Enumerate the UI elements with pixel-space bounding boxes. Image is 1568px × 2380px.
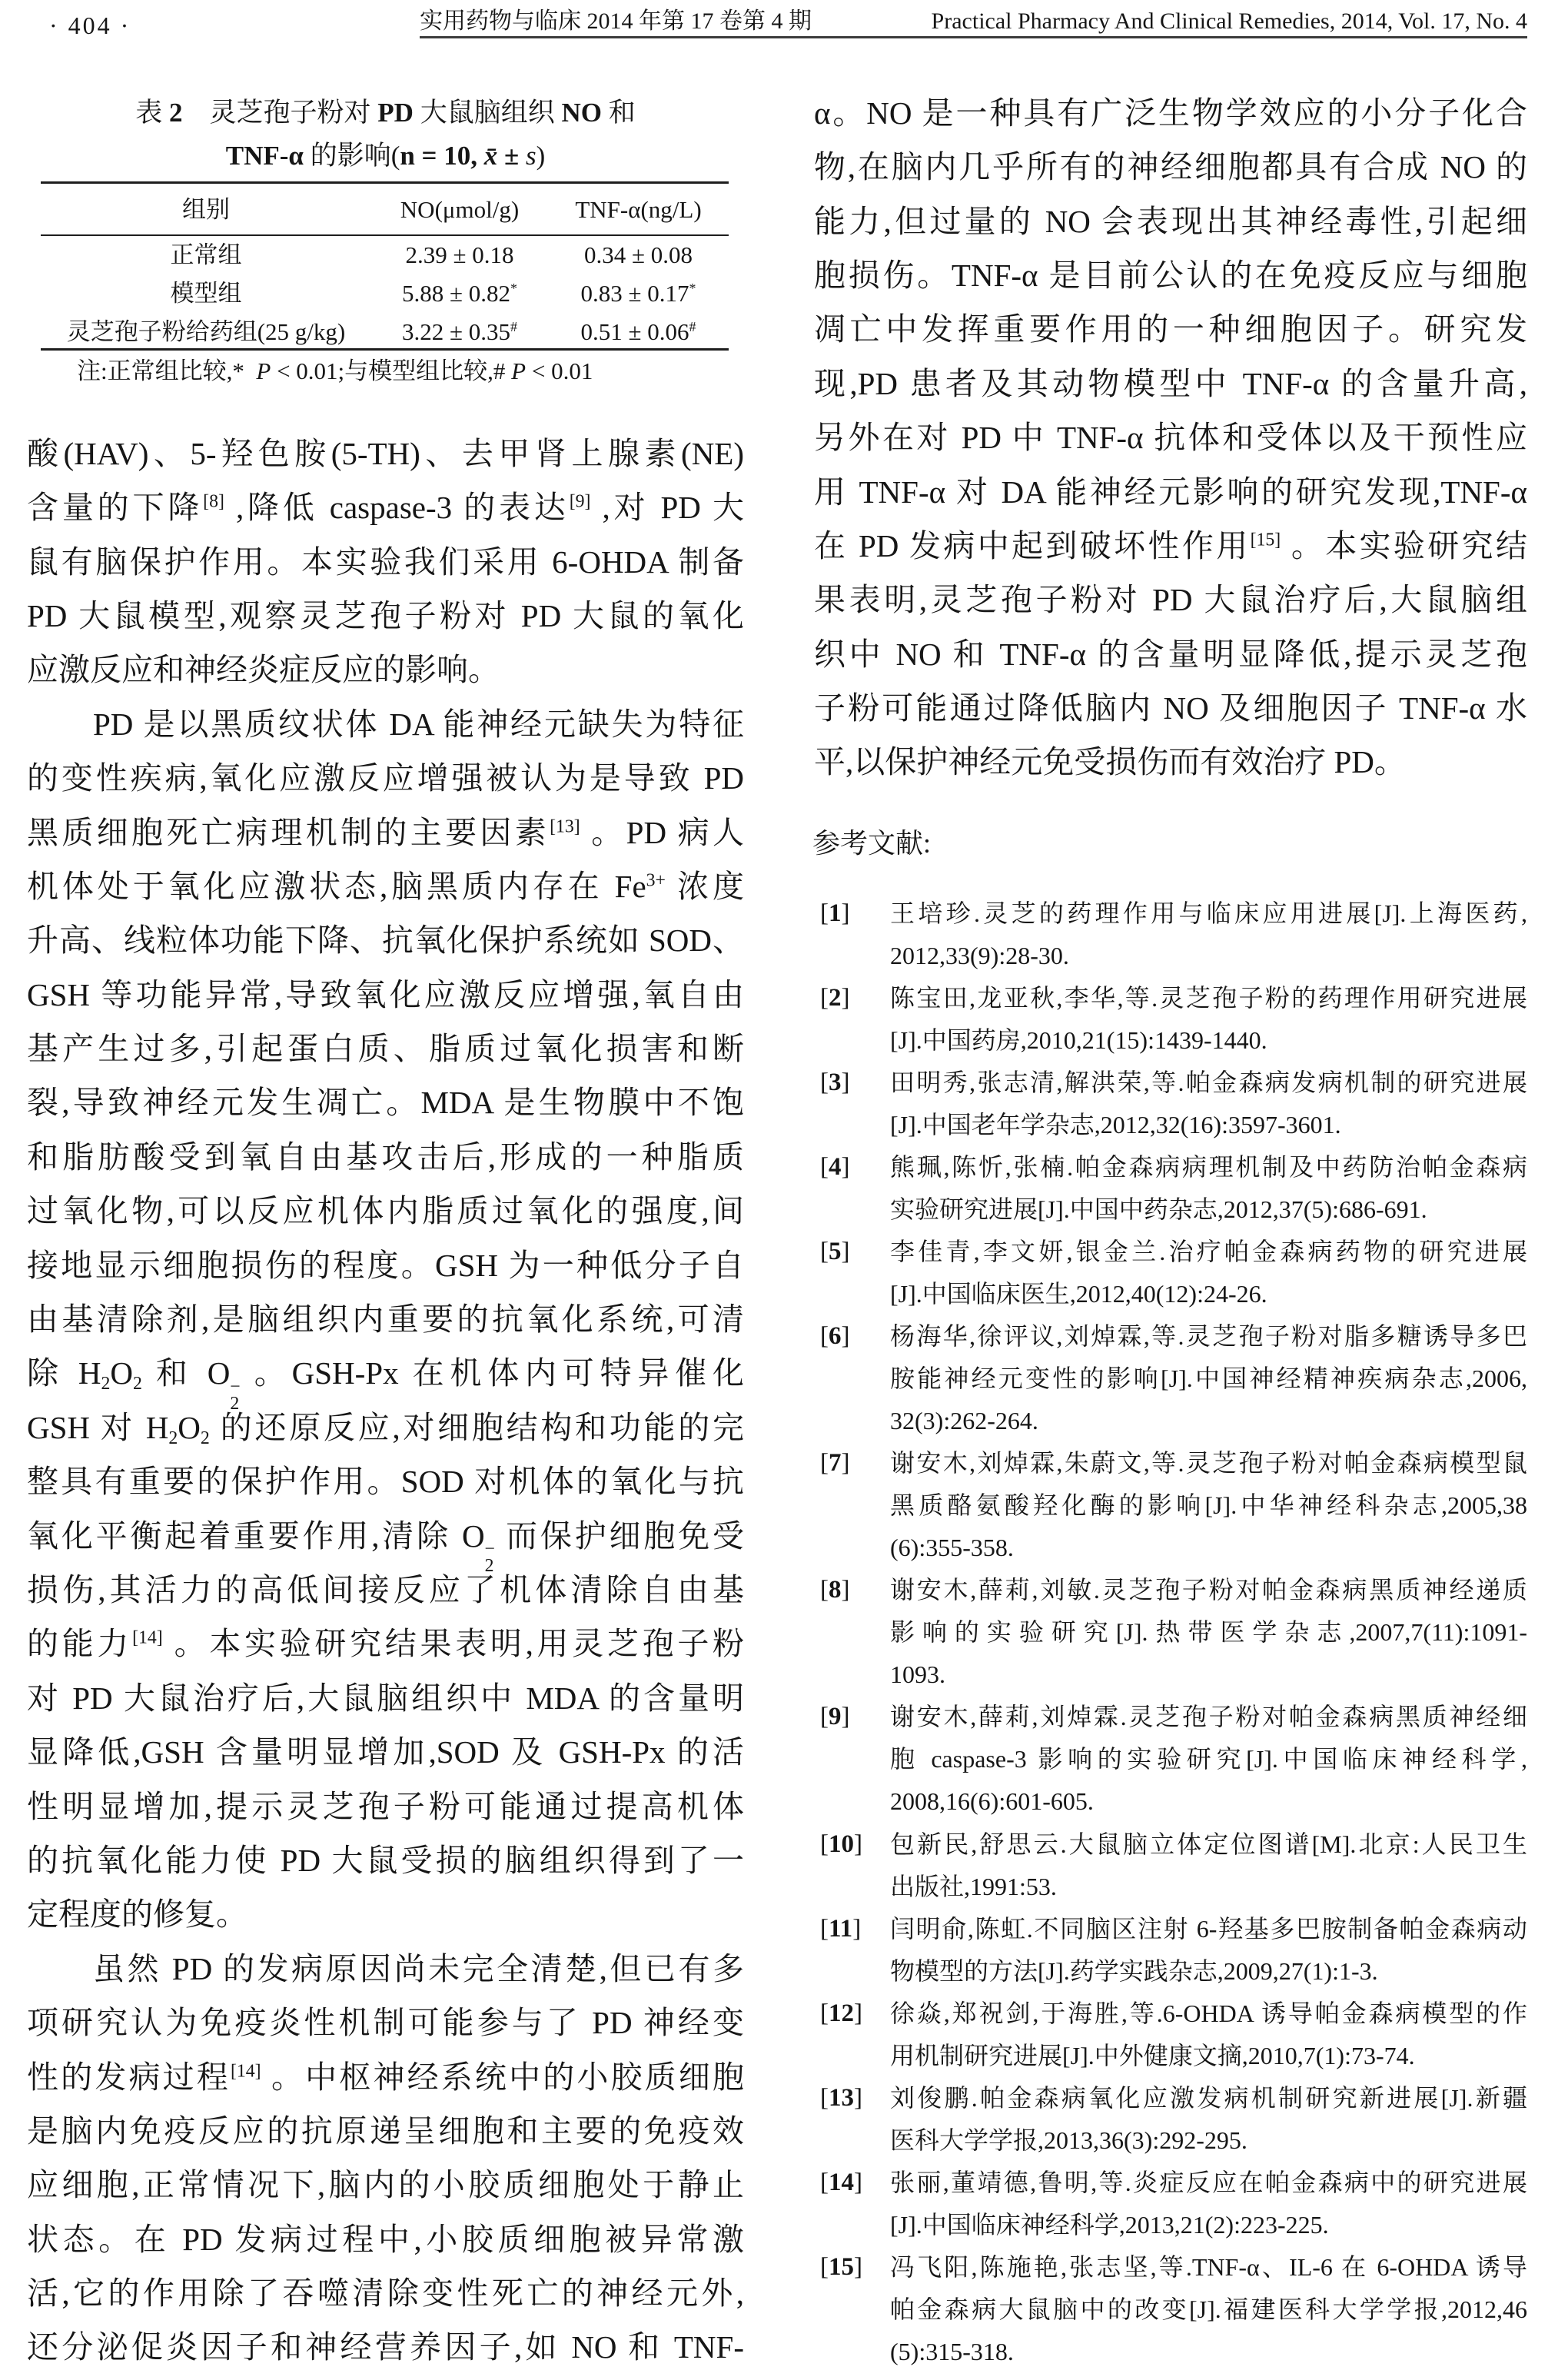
tnf-value: 0.51 ± 0.06 [581, 318, 689, 345]
tnf-significance-mark: * [689, 281, 696, 296]
reference-item: [7] 谢安木,刘焯霖,朱蔚文,等.灵芝孢子粉对帕金森病模型鼠 黑质酪氨酸羟化酶… [820, 1442, 1527, 1569]
body-text-line: 性的发病过程[14] 。中枢神经系统中的小胶质细胞 [27, 2050, 744, 2104]
reference-text: 张丽,董靖德,鲁明,等.炎症反应在帕金森病中的研究进展 [J].中国临床神经科学… [890, 2162, 1527, 2246]
reference-line: 王培珍.灵芝的药理作用与临床应用进展[J].上海医药, [890, 892, 1527, 935]
body-text-line: 应激反应和神经炎症反应的影响。 [27, 643, 744, 696]
body-text-line: 的变性疾病,氧化应激反应增强被认为是导致 PD [27, 751, 744, 805]
body-text-line: 能力,但过量的 NO 会表现出其神经毒性,引起细 [814, 194, 1527, 248]
column-header-tnf: TNF-α(ng/L) [548, 191, 729, 229]
reference-line: 包新民,舒思云.大鼠脑立体定位图谱[M].北京:人民卫生 [890, 1823, 1527, 1866]
body-text-line: PD 大鼠模型,观察灵芝孢子粉对 PD 大鼠的氧化 [27, 589, 744, 643]
reference-line: [J].中国药房,2010,21(15):1439-1440. [890, 1019, 1527, 1062]
tnf-significance-mark: # [689, 319, 696, 334]
tnf-value: 0.83 ± 0.17 [581, 280, 689, 307]
reference-line: 出版社,1991:53. [890, 1866, 1527, 1908]
no-value: 5.88 ± 0.82 [402, 280, 510, 307]
reference-line: 胞 caspase-3 影响的实验研究[J].中国临床神经科学, [890, 1738, 1527, 1780]
body-text-line: 除 H2O2 和 O−2 。GSH-Px 在机体内可特异催化 [27, 1346, 744, 1400]
reference-text: 徐焱,郑祝剑,于海胜,等.6-OHDA 诱导帕金森病模型的作 用机制研究进展[J… [890, 1993, 1527, 2077]
table-footnote: 注:正常组比较,* P < 0.01;与模型组比较,# P < 0.01 [77, 354, 593, 388]
body-text-line: 黑质细胞死亡病理机制的主要因素[13] 。PD 病人 [27, 806, 744, 859]
body-text-line: 是脑内免疫反应的抗原递呈细胞和主要的免疫效 [27, 2104, 744, 2158]
body-text-line: 鼠有脑保护作用。本实验我们采用 6-OHDA 制备 [27, 535, 744, 589]
reference-line: 刘俊鹏.帕金森病氧化应激发病机制研究新进展[J].新疆 [890, 2077, 1527, 2119]
body-text-line: 另外在对 PD 中 TNF-α 抗体和受体以及干预性应 [814, 411, 1527, 464]
reference-list: [1] 王培珍.灵芝的药理作用与临床应用进展[J].上海医药, 2012,33(… [820, 892, 1527, 2374]
reference-number: [14] [820, 2162, 890, 2204]
body-text-line: 在 PD 发病中起到破坏性作用[15] 。本实验研究结 [814, 519, 1527, 573]
body-text-line: 织中 NO 和 TNF-α 的含量明显降低,提示灵芝孢 [814, 627, 1527, 681]
reference-line: 帕金森病大鼠脑中的改变[J].福建医科大学学报,2012,46 [890, 2289, 1527, 2331]
reference-number: [12] [820, 1993, 890, 2035]
body-text-line: 基产生过多,引起蛋白质、脂质过氧化损害和断 [27, 1022, 744, 1075]
reference-line: 实验研究进展[J].中国中药杂志,2012,37(5):686-691. [890, 1188, 1527, 1231]
cell-tnf: 0.83 ± 0.17* [548, 274, 729, 313]
body-text-line: 应细胞,正常情况下,脑内的小胶质细胞处于静止 [27, 2158, 744, 2212]
data-table: 组别 NO(μmol/g) TNF-α(ng/L) 正常组 2.39 ± 0.1… [41, 181, 729, 389]
reference-item: [6] 杨海华,徐评议,刘焯霖,等.灵芝孢子粉对脂多糖诱导多巴 胺能神经元变性的… [820, 1315, 1527, 1442]
reference-line: (5):315-318. [890, 2331, 1527, 2373]
body-text-line: 氧化平衡起着重要作用,清除 O−2 而保护细胞免受 [27, 1509, 744, 1563]
body-text-line: 显降低,GSH 含量明显增加,SOD 及 GSH-Px 的活 [27, 1725, 744, 1779]
body-text-line: PD 是以黑质纹状体 DA 能神经元缺失为特征 [27, 697, 744, 751]
reference-item: [9] 谢安木,薛莉,刘焯霖.灵芝孢子粉对帕金森病黑质神经细 胞 caspase… [820, 1696, 1527, 1823]
reference-line: [J].中国临床神经科学,2013,21(2):223-225. [890, 2204, 1527, 2246]
reference-text: 闫明俞,陈虹.不同脑区注射 6-羟基多巴胺制备帕金森病动 物模型的方法[J].药… [890, 1908, 1527, 1993]
table-row: 正常组 2.39 ± 0.18 0.34 ± 0.08 [41, 236, 729, 274]
reference-number: [15] [820, 2246, 890, 2289]
table-caption-line-2: TNF-α 的影响(n = 10, x̄ ± s) [27, 137, 744, 175]
body-text-line: 过氧化物,可以反应机体内脂质过氧化的强度,间 [27, 1184, 744, 1238]
body-text-line: 和脂肪酸受到氧自由基攻击后,形成的一种脂质 [27, 1130, 744, 1184]
no-value: 3.22 ± 0.35 [402, 318, 510, 345]
left-column-body: 酸(HAV)、5-羟色胺(5-TH)、去甲肾上腺素(NE) 含量的下降[8] ,… [27, 427, 744, 2375]
cell-group: 模型组 [41, 274, 371, 313]
no-significance-mark: # [510, 319, 517, 334]
reference-text: 杨海华,徐评议,刘焯霖,等.灵芝孢子粉对脂多糖诱导多巴 胺能神经元变性的影响[J… [890, 1315, 1527, 1442]
body-text-line: 接地显示细胞损伤的程度。GSH 为一种低分子自 [27, 1238, 744, 1292]
cell-group: 灵芝孢子粉给药组(25 g/kg) [41, 313, 371, 351]
table-row: 灵芝孢子粉给药组(25 g/kg) 3.22 ± 0.35# 0.51 ± 0.… [41, 313, 729, 351]
body-text-line: 用 TNF-α 对 DA 能神经元影响的研究发现,TNF-α [814, 465, 1527, 519]
reference-line: 胺能神经元变性的影响[J].中国神经精神疾病杂志,2006, [890, 1358, 1527, 1400]
reference-number: [6] [820, 1315, 890, 1358]
reference-item: [3] 田明秀,张志清,解洪荣,等.帕金森病发病机制的研究进展 [J].中国老年… [820, 1062, 1527, 1146]
reference-number: [8] [820, 1569, 890, 1611]
body-text-line: 性明显增加,提示灵芝孢子粉可能通过提高机体 [27, 1780, 744, 1833]
reference-text: 田明秀,张志清,解洪荣,等.帕金森病发病机制的研究进展 [J].中国老年学杂志,… [890, 1062, 1527, 1146]
body-text-line: 由基清除剂,是脑组织内重要的抗氧化系统,可清 [27, 1292, 744, 1346]
reference-item: [8] 谢安木,薛莉,刘敏.灵芝孢子粉对帕金森病黑质神经递质 影响的实验研究[J… [820, 1569, 1527, 1696]
reference-text: 谢安木,刘焯霖,朱蔚文,等.灵芝孢子粉对帕金森病模型鼠 黑质酪氨酸羟化酶的影响[… [890, 1442, 1527, 1569]
reference-number: [10] [820, 1823, 890, 1866]
reference-text: 李佳青,李文妍,银金兰.治疗帕金森病药物的研究进展 [J].中国临床医生,201… [890, 1231, 1527, 1315]
body-text-line: 活,它的作用除了吞噬清除变性死亡的神经元外, [27, 2266, 744, 2320]
table-header-row: 组别 NO(μmol/g) TNF-α(ng/L) [41, 191, 729, 229]
body-text-line: 整具有重要的保护作用。SOD 对机体的氧化与抗 [27, 1454, 744, 1508]
body-text-line: 的能力[14] 。本实验研究结果表明,用灵芝孢子粉 [27, 1617, 744, 1670]
body-text-line: 含量的下降[8] ,降低 caspase-3 的表达[9] ,对 PD 大 [27, 480, 744, 534]
reference-number: [9] [820, 1696, 890, 1738]
reference-number: [5] [820, 1231, 890, 1273]
body-text-line: 的抗氧化能力使 PD 大鼠受损的脑组织得到了一 [27, 1833, 744, 1887]
reference-line: 杨海华,徐评议,刘焯霖,等.灵芝孢子粉对脂多糖诱导多巴 [890, 1315, 1527, 1358]
reference-number: [13] [820, 2077, 890, 2119]
reference-item: [4] 熊珮,陈忻,张楠.帕金森病病理机制及中药防治帕金森病 实验研究进展[J]… [820, 1146, 1527, 1231]
reference-line: (6):355-358. [890, 1527, 1527, 1569]
body-text-line: GSH 等功能异常,导致氧化应激反应增强,氧自由 [27, 968, 744, 1022]
page-number: · 404 · [49, 8, 131, 42]
reference-number: [2] [820, 977, 890, 1019]
reference-line: 用机制研究进展[J].中外健康文摘,2010,7(1):73-74. [890, 2035, 1527, 2077]
reference-item: [13] 刘俊鹏.帕金森病氧化应激发病机制研究新进展[J].新疆 医科大学学报,… [820, 2077, 1527, 2162]
reference-text: 刘俊鹏.帕金森病氧化应激发病机制研究新进展[J].新疆 医科大学学报,2013,… [890, 2077, 1527, 2162]
reference-line: 黑质酪氨酸羟化酶的影响[J].中华神经科杂志,2005,38 [890, 1484, 1527, 1527]
reference-line: 谢安木,薛莉,刘敏.灵芝孢子粉对帕金森病黑质神经递质 [890, 1569, 1527, 1611]
reference-line: 1093. [890, 1654, 1527, 1696]
right-column-body: α。NO 是一种具有广泛生物学效应的小分子化合 物,在脑内几乎所有的神经细胞都具… [814, 86, 1527, 789]
body-text-line: 平,以保护神经元免受损伤而有效治疗 PD。 [814, 735, 1527, 789]
body-text-line: 裂,导致神经元发生凋亡。MDA 是生物膜中不饱 [27, 1075, 744, 1129]
reference-text: 冯飞阳,陈施艳,张志坚,等.TNF-α、IL-6 在 6-OHDA 诱导 帕金森… [890, 2246, 1527, 2373]
reference-line: 影响的实验研究[J].热带医学杂志,2007,7(11):1091- [890, 1611, 1527, 1654]
cell-no: 5.88 ± 0.82* [371, 274, 548, 313]
no-significance-mark: * [510, 281, 517, 296]
body-text-line: 酸(HAV)、5-羟色胺(5-TH)、去甲肾上腺素(NE) [27, 427, 744, 480]
reference-item: [12] 徐焱,郑祝剑,于海胜,等.6-OHDA 诱导帕金森病模型的作 用机制研… [820, 1993, 1527, 2077]
references-heading: 参考文献: [812, 824, 931, 863]
journal-title-en: Practical Pharmacy And Clinical Remedies… [932, 7, 1527, 36]
reference-item: [2] 陈宝田,龙亚秋,李华,等.灵芝孢子粉的药理作用研究进展 [J].中国药房… [820, 977, 1527, 1062]
reference-item: [5] 李佳青,李文妍,银金兰.治疗帕金森病药物的研究进展 [J].中国临床医生… [820, 1231, 1527, 1315]
reference-line: 32(3):262-264. [890, 1400, 1527, 1442]
reference-number: [4] [820, 1146, 890, 1188]
reference-line: 李佳青,李文妍,银金兰.治疗帕金森病药物的研究进展 [890, 1231, 1527, 1273]
body-text-line: 升高、线粒体功能下降、抗氧化保护系统如 SOD、 [27, 913, 744, 967]
cell-no: 3.22 ± 0.35# [371, 313, 548, 351]
reference-item: [11] 闫明俞,陈虹.不同脑区注射 6-羟基多巴胺制备帕金森病动 物模型的方法… [820, 1908, 1527, 1993]
tnf-value: 0.34 ± 0.08 [584, 241, 693, 268]
cell-no: 2.39 ± 0.18 [371, 236, 548, 274]
column-header-no: NO(μmol/g) [371, 191, 548, 229]
body-text-line: 机体处于氧化应激状态,脑黑质内存在 Fe3+ 浓度 [27, 859, 744, 913]
cell-tnf: 0.34 ± 0.08 [548, 236, 729, 274]
reference-text: 谢安木,薛莉,刘敏.灵芝孢子粉对帕金森病黑质神经递质 影响的实验研究[J].热带… [890, 1569, 1527, 1696]
reference-number: [11] [820, 1908, 890, 1950]
reference-line: 熊珮,陈忻,张楠.帕金森病病理机制及中药防治帕金森病 [890, 1146, 1527, 1188]
body-text-line: 果表明,灵芝孢子粉对 PD 大鼠治疗后,大鼠脑组 [814, 573, 1527, 627]
reference-line: 徐焱,郑祝剑,于海胜,等.6-OHDA 诱导帕金森病模型的作 [890, 1993, 1527, 2035]
no-value: 2.39 ± 0.18 [405, 241, 513, 268]
body-text-line: 对 PD 大鼠治疗后,大鼠脑组织中 MDA 的含量明 [27, 1671, 744, 1725]
table-body: 正常组 2.39 ± 0.18 0.34 ± 0.08 模型组 5.88 ± 0… [41, 236, 729, 351]
table-caption-line-1: 表 2 灵芝孢子粉对 PD 大鼠脑组织 NO 和 [27, 94, 744, 132]
reference-line: 张丽,董靖德,鲁明,等.炎症反应在帕金森病中的研究进展 [890, 2162, 1527, 2204]
reference-number: [3] [820, 1062, 890, 1104]
reference-line: 谢安木,薛莉,刘焯霖.灵芝孢子粉对帕金森病黑质神经细 [890, 1696, 1527, 1738]
body-text-line: 胞损伤。TNF-α 是目前公认的在免疫反应与细胞 [814, 248, 1527, 302]
reference-line: 2008,16(6):601-605. [890, 1780, 1527, 1823]
reference-line: 闫明俞,陈虹.不同脑区注射 6-羟基多巴胺制备帕金森病动 [890, 1908, 1527, 1950]
table-top-rule [41, 181, 729, 184]
body-text-line: 现,PD 患者及其动物模型中 TNF-α 的含量升高, [814, 357, 1527, 411]
table-bottom-rule [41, 348, 729, 351]
reference-text: 谢安木,薛莉,刘焯霖.灵芝孢子粉对帕金森病黑质神经细 胞 caspase-3 影… [890, 1696, 1527, 1823]
body-text-line: 定程度的修复。 [27, 1887, 744, 1941]
reference-line: 医科大学学报,2013,36(3):292-295. [890, 2119, 1527, 2162]
body-text-line: 项研究认为免疫炎性机制可能参与了 PD 神经变 [27, 1996, 744, 2049]
reference-number: [1] [820, 892, 890, 935]
reference-item: [15] 冯飞阳,陈施艳,张志坚,等.TNF-α、IL-6 在 6-OHDA 诱… [820, 2246, 1527, 2373]
body-text-line: 损伤,其活力的高低间接反应了机体清除自由基 [27, 1563, 744, 1617]
reference-line: 物模型的方法[J].药学实践杂志,2009,27(1):1-3. [890, 1950, 1527, 1993]
reference-line: 田明秀,张志清,解洪荣,等.帕金森病发病机制的研究进展 [890, 1062, 1527, 1104]
cell-tnf: 0.51 ± 0.06# [548, 313, 729, 351]
body-text-line: 还分泌促炎因子和神经营养因子,如 NO 和 TNF- [27, 2320, 744, 2374]
reference-line: 谢安木,刘焯霖,朱蔚文,等.灵芝孢子粉对帕金森病模型鼠 [890, 1442, 1527, 1484]
cell-group: 正常组 [41, 236, 371, 274]
reference-item: [1] 王培珍.灵芝的药理作用与临床应用进展[J].上海医药, 2012,33(… [820, 892, 1527, 977]
body-text-line: 凋亡中发挥重要作用的一种细胞因子。研究发 [814, 302, 1527, 356]
journal-title-cn: 实用药物与临床 2014 年第 17 卷第 4 期 [420, 7, 812, 36]
body-text-line: α。NO 是一种具有广泛生物学效应的小分子化合 [814, 86, 1527, 140]
body-text-line: GSH 对 H2O2 的还原反应,对细胞结构和功能的完 [27, 1401, 744, 1454]
body-text-line: 物,在脑内几乎所有的神经细胞都具有合成 NO 的 [814, 140, 1527, 194]
running-header: 实用药物与临床 2014 年第 17 卷第 4 期 Practical Phar… [420, 6, 1527, 38]
table-row: 模型组 5.88 ± 0.82* 0.83 ± 0.17* [41, 274, 729, 313]
reference-text: 陈宝田,龙亚秋,李华,等.灵芝孢子粉的药理作用研究进展 [J].中国药房,201… [890, 977, 1527, 1062]
reference-line: [J].中国临床医生,2012,40(12):24-26. [890, 1273, 1527, 1315]
reference-line: 陈宝田,龙亚秋,李华,等.灵芝孢子粉的药理作用研究进展 [890, 977, 1527, 1019]
reference-text: 王培珍.灵芝的药理作用与临床应用进展[J].上海医药, 2012,33(9):2… [890, 892, 1527, 977]
column-header-group: 组别 [41, 191, 371, 229]
body-text-line: 虽然 PD 的发病原因尚未完全清楚,但已有多 [27, 1942, 744, 1996]
reference-number: [7] [820, 1442, 890, 1484]
reference-item: [10] 包新民,舒思云.大鼠脑立体定位图谱[M].北京:人民卫生 出版社,19… [820, 1823, 1527, 1908]
reference-line: 2012,33(9):28-30. [890, 935, 1527, 977]
reference-line: [J].中国老年学杂志,2012,32(16):3597-3601. [890, 1104, 1527, 1146]
reference-text: 熊珮,陈忻,张楠.帕金森病病理机制及中药防治帕金森病 实验研究进展[J].中国中… [890, 1146, 1527, 1231]
reference-line: 冯飞阳,陈施艳,张志坚,等.TNF-α、IL-6 在 6-OHDA 诱导 [890, 2246, 1527, 2289]
body-text-line: 状态。在 PD 发病过程中,小胶质细胞被异常激 [27, 2212, 744, 2266]
reference-item: [14] 张丽,董靖德,鲁明,等.炎症反应在帕金森病中的研究进展 [J].中国临… [820, 2162, 1527, 2246]
body-text-line: 子粉可能通过降低脑内 NO 及细胞因子 TNF-α 水 [814, 681, 1527, 735]
reference-text: 包新民,舒思云.大鼠脑立体定位图谱[M].北京:人民卫生 出版社,1991:53… [890, 1823, 1527, 1908]
